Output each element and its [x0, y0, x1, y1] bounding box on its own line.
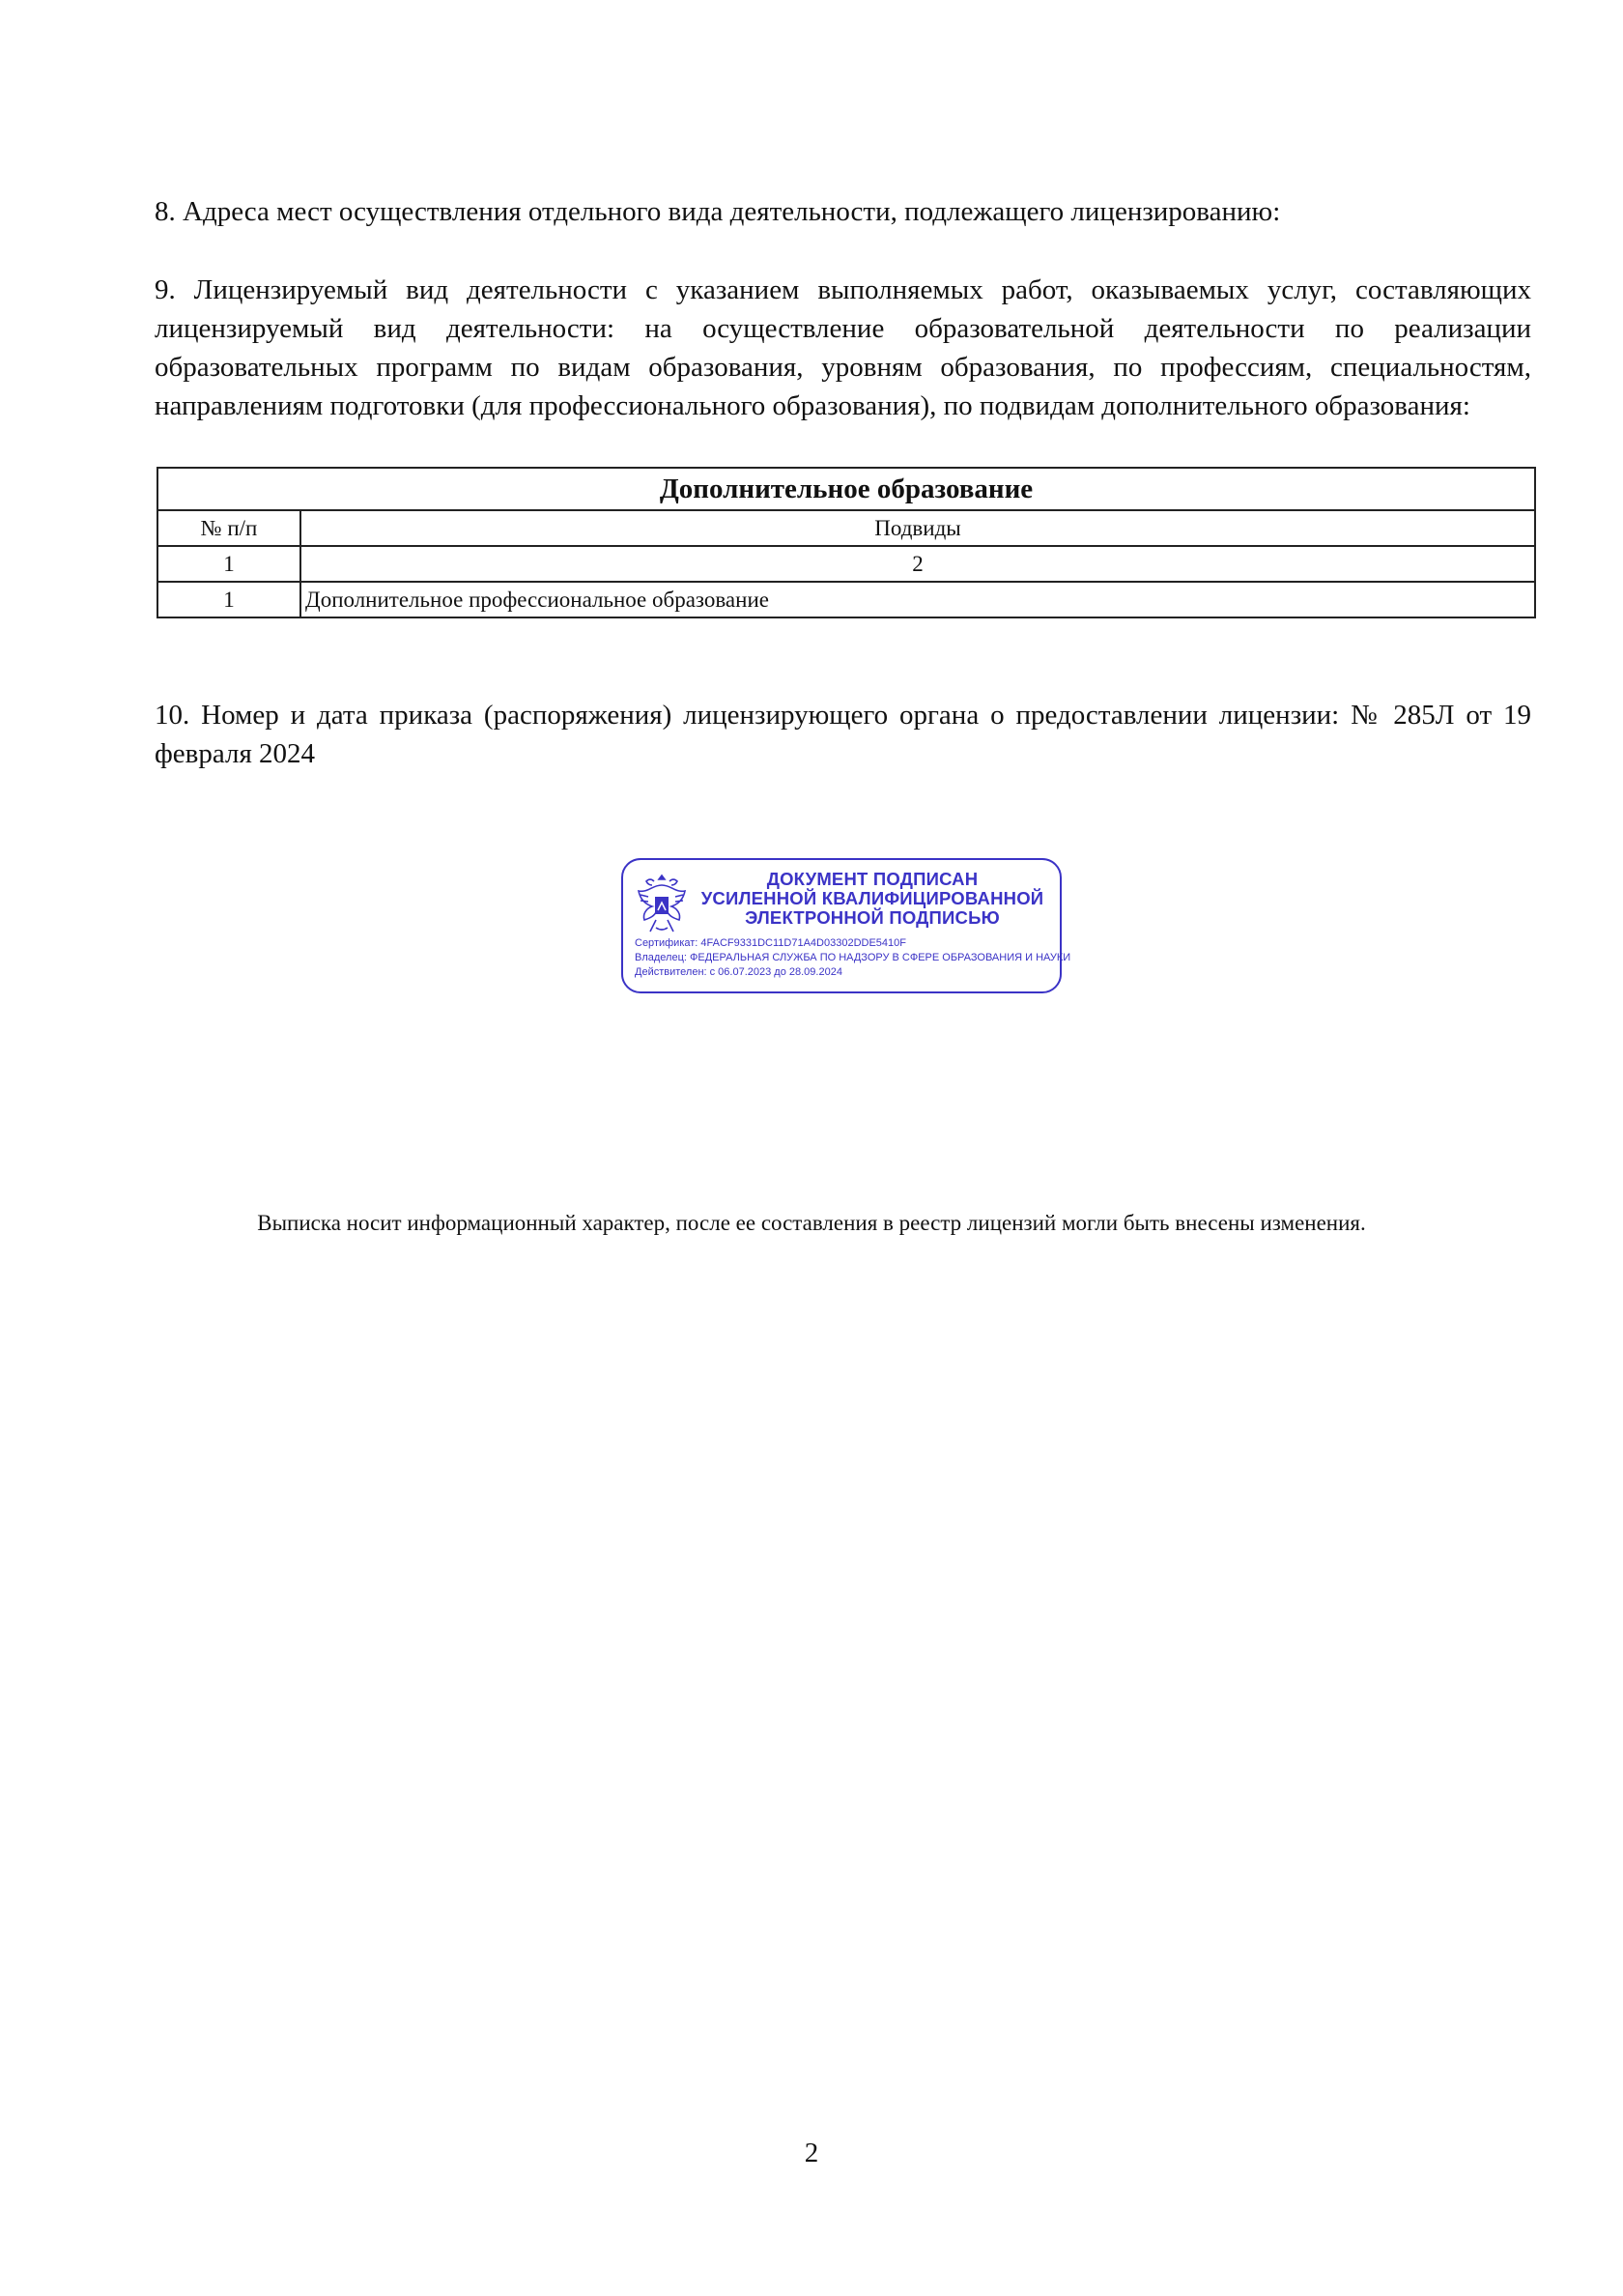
table-title-row: Дополнительное образование — [157, 468, 1535, 510]
table-header-row: № п/п Подвиды — [157, 510, 1535, 546]
column-number-2: 2 — [300, 546, 1535, 582]
stamp-details: Сертификат: 4FACF9331DC11D71A4D03302DDE5… — [635, 936, 1070, 980]
stamp-heading: ДОКУМЕНТ ПОДПИСАН УСИЛЕННОЙ КВАЛИФИЦИРОВ… — [693, 870, 1052, 928]
stamp-certificate: Сертификат: 4FACF9331DC11D71A4D03302DDE5… — [635, 936, 1070, 951]
column-number-1: 1 — [157, 546, 300, 582]
coat-of-arms-icon — [635, 872, 689, 937]
section-10-order: 10. Номер и дата приказа (распоряжения) … — [155, 696, 1531, 773]
table-title: Дополнительное образование — [157, 468, 1535, 510]
electronic-signature-stamp: ДОКУМЕНТ ПОДПИСАН УСИЛЕННОЙ КВАЛИФИЦИРОВ… — [621, 858, 1062, 993]
section-9-activity: 9. Лицензируемый вид деятельности с указ… — [155, 271, 1531, 425]
stamp-heading-line-2: УСИЛЕННОЙ КВАЛИФИЦИРОВАННОЙ — [693, 889, 1052, 908]
additional-education-table: Дополнительное образование № п/п Подвиды… — [157, 467, 1536, 618]
stamp-owner: Владелец: ФЕДЕРАЛЬНАЯ СЛУЖБА ПО НАДЗОРУ … — [635, 951, 1070, 965]
row-number: 1 — [157, 582, 300, 617]
document-page: 8. Адреса мест осуществления отдельного … — [0, 0, 1623, 2296]
stamp-heading-line-3: ЭЛЕКТРОННОЙ ПОДПИСЬЮ — [693, 908, 1052, 928]
table-column-number-row: 1 2 — [157, 546, 1535, 582]
page-number: 2 — [0, 2138, 1623, 2169]
stamp-heading-line-1: ДОКУМЕНТ ПОДПИСАН — [693, 870, 1052, 889]
informational-note: Выписка носит информационный характер, п… — [0, 1211, 1623, 1236]
row-subtype: Дополнительное профессиональное образова… — [300, 582, 1535, 617]
header-number: № п/п — [157, 510, 300, 546]
header-subtypes: Подвиды — [300, 510, 1535, 546]
section-8-addresses: 8. Адреса мест осуществления отдельного … — [155, 192, 1531, 231]
stamp-validity: Действителен: с 06.07.2023 до 28.09.2024 — [635, 965, 1070, 980]
table-row: 1 Дополнительное профессиональное образо… — [157, 582, 1535, 617]
